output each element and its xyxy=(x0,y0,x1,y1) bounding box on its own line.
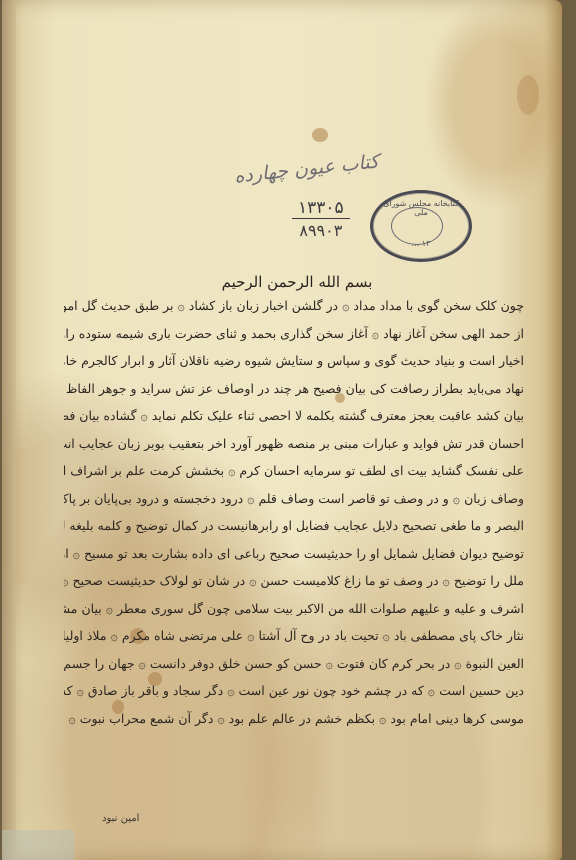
text-line: نثار خاک پای مصطفی باد ۞ تحیت باد در وح … xyxy=(64,622,524,650)
accession-number: ۸۹۹۰۳ xyxy=(292,221,350,240)
seal-outer-text: کتابخانه مجلس شورای ملی xyxy=(379,199,463,217)
text-line: اخیار است و بنیاد حدیث گوی و سپاس و ستای… xyxy=(64,347,524,375)
text-line: العین النبوة ۞ در بحر کرم کان فتوت ۞ حسن… xyxy=(64,650,524,678)
pencil-note: کتاب عیون چهارده xyxy=(233,150,380,187)
text-line: احسان قدر تش فواید و عبارات مبنی بر منصه… xyxy=(64,430,524,458)
text-line: توضیح دیوان فضایل شمایل او را حدیثیست صح… xyxy=(64,540,524,568)
text-line: بیان کشد عاقبت بعجز معترف گشته بکلمه لا … xyxy=(64,402,524,430)
text-line: اشرف و علیه و علیهم صلوات الله من الاکبر… xyxy=(64,595,524,623)
water-stain xyxy=(517,75,539,115)
catchword: امین نبود xyxy=(102,813,139,824)
manuscript-text-block: چون کلک سخن گوی با مداد مداد ۞ در گلشن ا… xyxy=(64,292,524,732)
library-seal: کتابخانه مجلس شورای ملی ۱۳ ... xyxy=(370,190,472,262)
text-line: وصاف زبان ۞ و در وصف تو قاصر است وصاف قل… xyxy=(64,485,524,513)
text-line: البصر و ما طغی تصحیح دلایل عجایب فضایل ا… xyxy=(64,512,524,540)
text-line: موسی کرها دینی امام بود ۞ بکظم خشم در عا… xyxy=(64,705,524,733)
torn-corner-repair xyxy=(2,830,74,860)
text-line: از حمد الهی سخن آغاز نهاد ۞ آغاز سخن گذا… xyxy=(64,320,524,348)
shelf-marks: ۱۳۳۰۵ ۸۹۹۰۳ xyxy=(292,198,350,240)
seal-inner-text: ۱۳ ... xyxy=(379,239,463,248)
text-line: نهاد می‌باید بطراز رصافت کی بیان فصیح هر… xyxy=(64,375,524,403)
shelf-number: ۱۳۳۰۵ xyxy=(292,198,350,219)
text-line: ملل را توضیح ۞ در وصف تو ما زاغ کلامیست … xyxy=(64,567,524,595)
manuscript-page: کتاب عیون چهارده ۱۳۳۰۵ ۸۹۹۰۳ کتابخانه مج… xyxy=(2,0,562,860)
text-line: علی نفسک گشاید بیت ای لطف تو سرمایه احسا… xyxy=(64,457,524,485)
text-line: چون کلک سخن گوی با مداد مداد ۞ در گلشن ا… xyxy=(64,292,524,320)
water-stain xyxy=(312,128,328,142)
text-line: دین حسین است ۞ که در چشم خود چون نور عین… xyxy=(64,677,524,705)
basmala: بسم الله الرحمن الرحیم xyxy=(202,273,392,291)
